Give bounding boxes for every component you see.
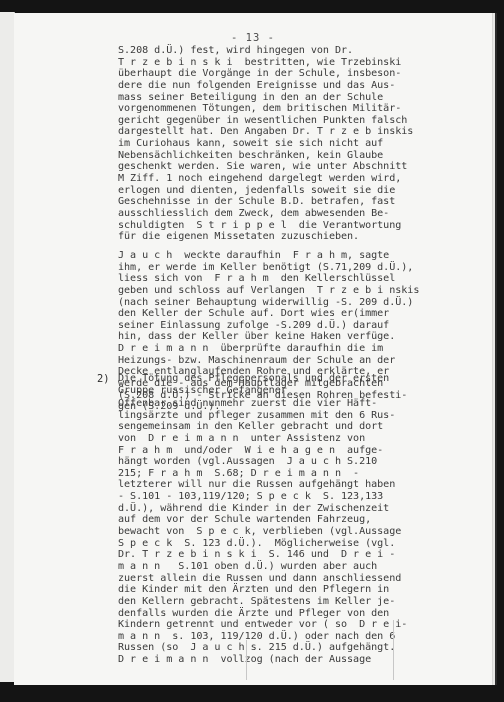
text-line: D r e i m a n n überprüfte daraufhin die…: [118, 343, 419, 355]
section-number: 2): [97, 373, 110, 385]
text-line: letzterer will nur die Russen aufgehängt…: [118, 479, 407, 491]
text-line: liess sich von F r a h m den Kellerschlü…: [118, 273, 419, 285]
text-line: Russen (so J a u c h s. 215 d.Ü.) aufgeh…: [118, 642, 407, 654]
underlying-sheet-edge: [0, 12, 15, 682]
text-line: den Kellern gebracht. Spätestens im Kell…: [118, 596, 407, 608]
paragraph-3: Offenbar sind nunmehr zuerst die vier Hä…: [118, 398, 407, 666]
text-line: bewacht von S p e c k, verblieben (vgl.A…: [118, 526, 407, 538]
text-line: seiner Einlassung zufolge -S.209 d.Ü.) d…: [118, 320, 419, 332]
text-line: S.208 d.Ü.) fest, wird hingegen von Dr.: [118, 45, 413, 57]
margin-mark: [246, 640, 247, 680]
text-line: im Curiohaus kann, soweit sie sich nicht…: [118, 138, 413, 150]
text-line: ihm, er werde im Keller benötigt (S.71,2…: [118, 262, 419, 274]
text-line: schuldigten S t r i p p e l die Verantwo…: [118, 220, 413, 232]
text-line: Die Tötung des Pflegepersonals und der e…: [118, 373, 389, 385]
text-line: auf dem vor der Schule wartenden Fahrzeu…: [118, 514, 407, 526]
text-line: gericht gegenüber in wesentlichen Punkte…: [118, 115, 413, 127]
text-line: vorgenommenen Tötungen, dem britischen M…: [118, 103, 413, 115]
text-line: geben und schloss auf Verlangen T r z e …: [118, 285, 419, 297]
text-line: geschenkt werden. Sie waren, wie unter A…: [118, 161, 413, 173]
text-line: dargestellt hat. Den Angaben Dr. T r z e…: [118, 126, 413, 138]
text-line: Geschehnisse in der Schule B.D. betrafen…: [118, 196, 413, 208]
text-line: hängt worden (vgl.Aussagen J a u c h S.2…: [118, 456, 407, 468]
text-line: sengemeinsam in den Keller gebracht und …: [118, 421, 407, 433]
text-line: Nebensächlichkeiten beschränken, kein Gl…: [118, 150, 413, 162]
text-line: zuerst allein die Russen und dann anschl…: [118, 573, 407, 585]
text-line: dere die nun folgenden Ereignisse und da…: [118, 80, 413, 92]
text-line: hin, dass der Keller über keine Haken ve…: [118, 331, 419, 343]
text-line: - S.101 - 103,119/120; S p e c k S. 123,…: [118, 491, 407, 503]
paragraph-1: S.208 d.Ü.) fest, wird hingegen von Dr.T…: [118, 45, 413, 243]
text-line: mass seiner Beteiligung in den an der Sc…: [118, 92, 413, 104]
text-line: m a n n S.101 oben d.Ü.) wurden aber auc…: [118, 561, 407, 573]
text-line: überhaupt die Vorgänge in der Schule, in…: [118, 68, 413, 80]
text-line: denfalls wurden die Ärzte und Pfleger vo…: [118, 608, 407, 620]
text-line: ausschliesslich dem Zweck, dem abwesende…: [118, 208, 413, 220]
margin-mark: [393, 620, 394, 680]
text-line: (nach seiner Behauptung widerwillig -S. …: [118, 297, 419, 309]
text-line: M Ziff. 1 noch eingehend dargelegt werde…: [118, 173, 413, 185]
text-line: m a n n s. 103, 119/120 d.Ü.) oder nach …: [118, 631, 407, 643]
text-line: lingsärzte und pfleger zusammen mit den …: [118, 410, 407, 422]
section-heading: Die Tötung des Pflegepersonals und der e…: [118, 373, 389, 396]
text-line: S p e c k S. 123 d.Ü.). Möglicherweise (…: [118, 538, 407, 550]
text-line: F r a h m und/oder W i e h a g e n aufge…: [118, 445, 407, 457]
text-line: die Kinder mit den Ärzten und den Pflege…: [118, 584, 407, 596]
text-line: J a u c h weckte daraufhin F r a h m, sa…: [118, 250, 419, 262]
text-line: D r e i m a n n vollzog (nach der Aussag…: [118, 654, 407, 666]
text-line: erlogen und dienten, jedenfalls soweit s…: [118, 185, 413, 197]
text-line: Offenbar sind nunmehr zuerst die vier Hä…: [118, 398, 407, 410]
text-line: Heizungs- bzw. Maschinenraum der Schule …: [118, 355, 419, 367]
text-line: Kindern getrennt und entweder vor ( so D…: [118, 619, 407, 631]
text-line: d.Ü.), während die Kinder in der Zwische…: [118, 503, 407, 515]
text-line: T r z e b i n s k i bestritten, wie Trze…: [118, 57, 413, 69]
text-line: Gruppe russischer Gefangener: [118, 385, 389, 397]
text-line: den Keller der Schule auf. Dort wies er(…: [118, 308, 419, 320]
text-line: von D r e i m a n n unter Assistenz von: [118, 433, 407, 445]
page-number: - 13 -: [14, 32, 492, 44]
text-line: Dr. T r z e b i n s k i S. 146 und D r e…: [118, 549, 407, 561]
text-line: 215; F r a h m S.68; D r e i m a n n -: [118, 468, 407, 480]
text-line: für die eigenen Missetaten zuzuschieben.: [118, 231, 413, 243]
